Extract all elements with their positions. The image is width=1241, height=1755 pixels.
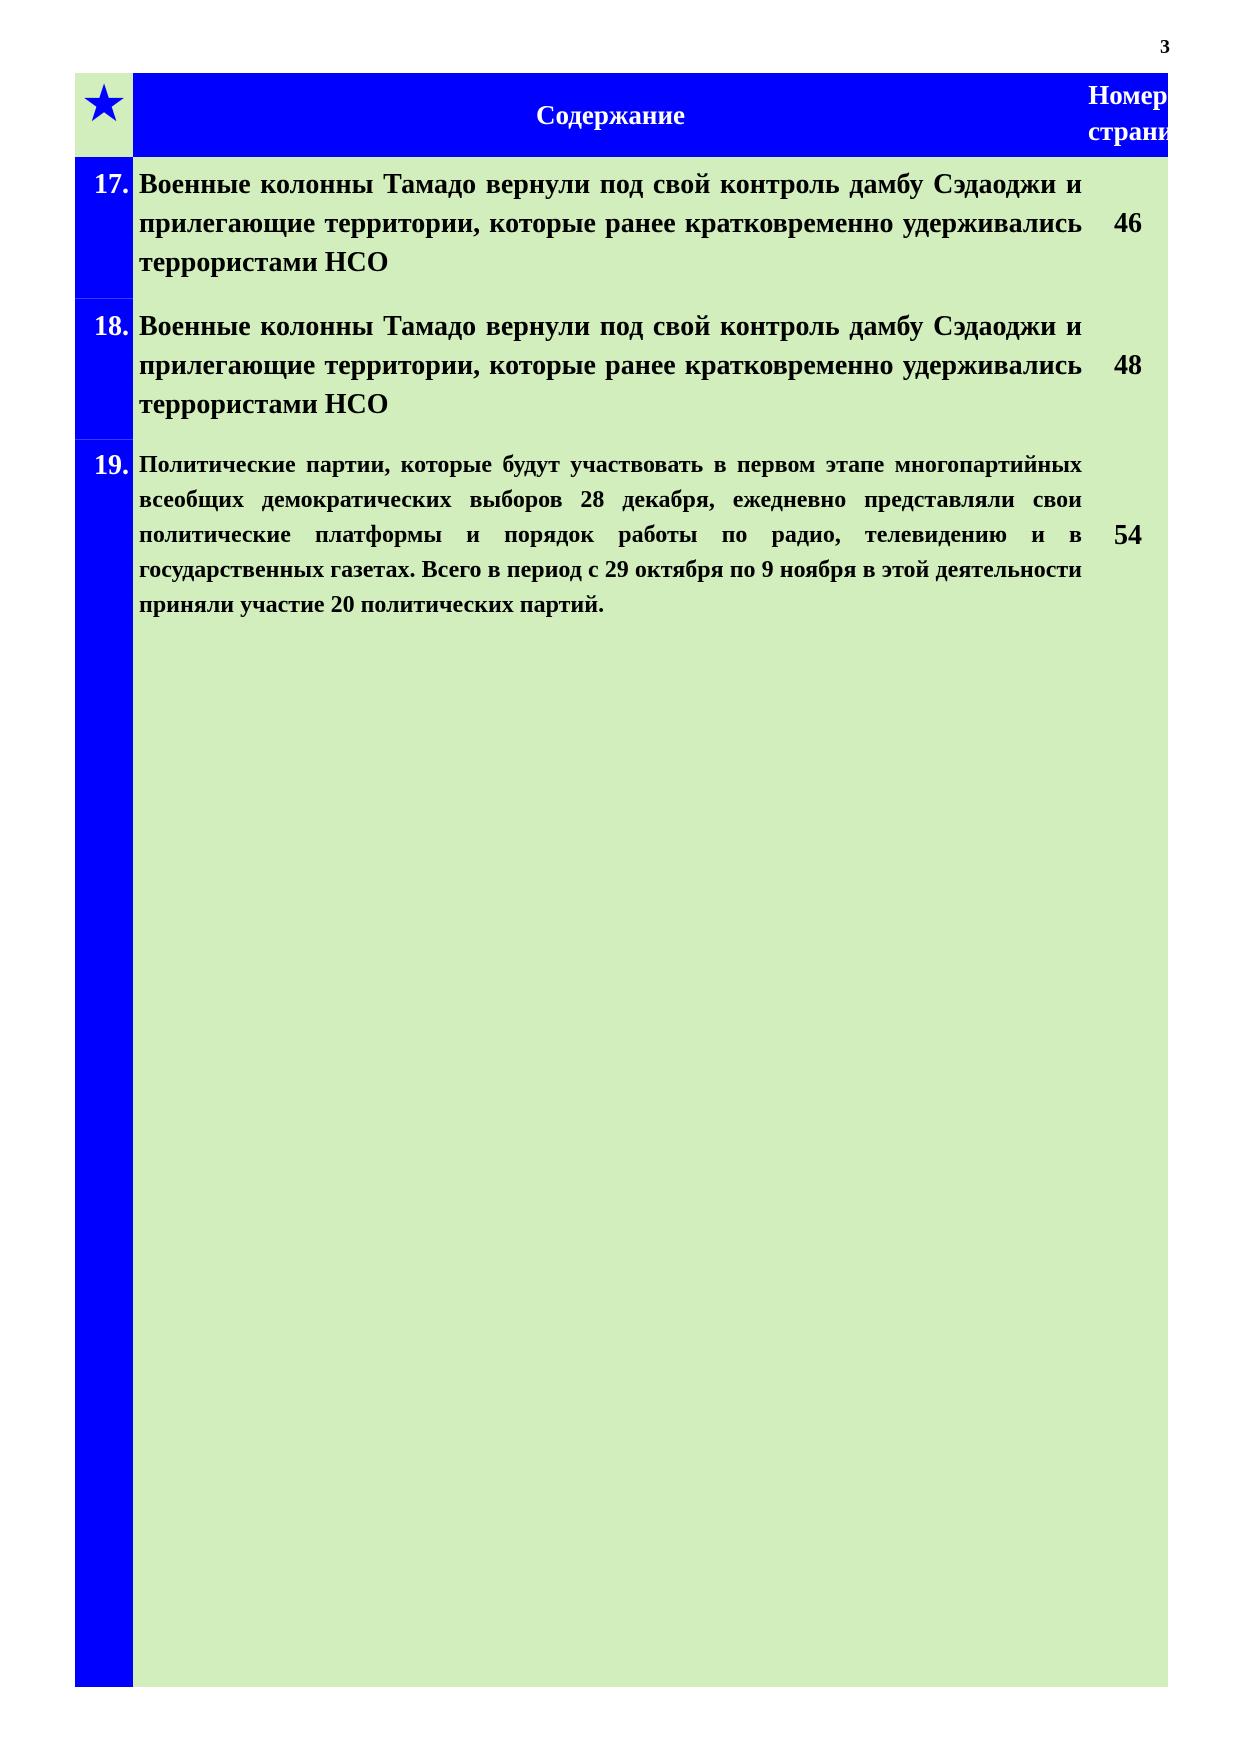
entry-number: 19. — [75, 448, 133, 483]
header-page-number-title: Номер страницы — [1088, 73, 1168, 157]
entry-text: Военные колонны Тамадо вернули под свой … — [139, 165, 1082, 282]
entry-page: 46 — [1088, 204, 1168, 243]
star-icon: ★ — [81, 77, 128, 133]
entry-text: Политические партии, которые будут участ… — [139, 448, 1082, 623]
entry-text: Военные колонны Тамадо вернули под свой … — [139, 307, 1082, 424]
row-divider — [75, 439, 133, 440]
header-star-cell: ★ — [75, 73, 133, 157]
entry-number: 17. — [75, 165, 133, 204]
entry-page: 48 — [1088, 346, 1168, 385]
row-divider — [75, 298, 133, 299]
number-column — [75, 157, 133, 1687]
header-content-title: Содержание — [133, 73, 1088, 157]
entry-number: 18. — [75, 307, 133, 346]
table-of-contents: ★ Содержание Номер страницы 17. Военные … — [75, 73, 1168, 1687]
entry-page: 54 — [1088, 518, 1168, 553]
page-number: 3 — [1140, 36, 1170, 59]
